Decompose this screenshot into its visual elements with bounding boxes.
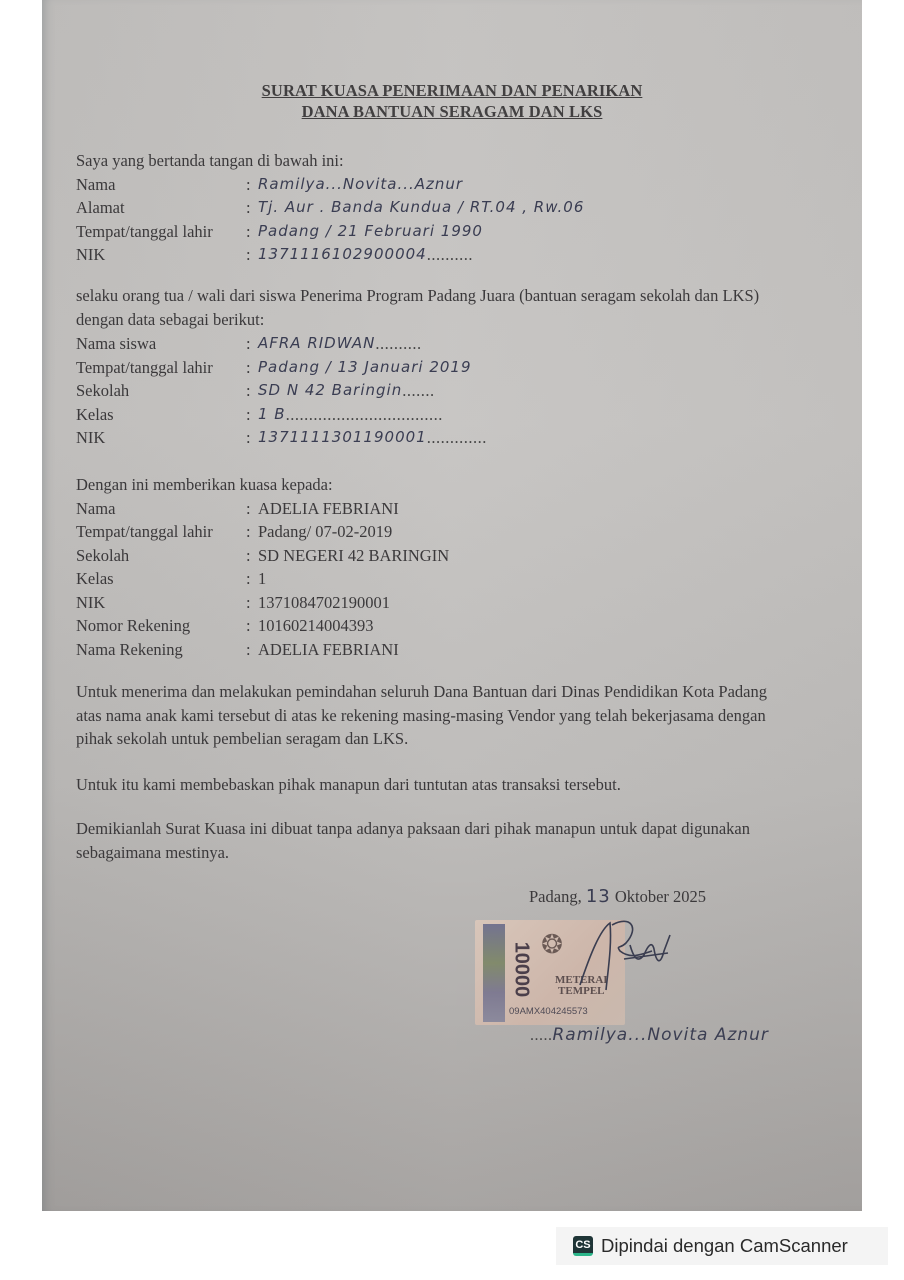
grantor-nik-value: 1371116102900004 xyxy=(258,243,427,267)
student-field: Sekolah:SD N 42 Baringin....... xyxy=(76,379,487,403)
place-date: Padang, 13 Oktober 2025 xyxy=(529,886,706,907)
field-label: Tempat/tanggal lahir xyxy=(76,356,246,380)
title-line-2: DANA BANTUAN SERAGAM DAN LKS xyxy=(42,101,862,122)
grantee-section: Dengan ini memberikan kuasa kepada: Nama… xyxy=(76,473,449,661)
field-label: Tempat/tanggal lahir xyxy=(76,520,246,544)
student-field: Tempat/tanggal lahir:Padang / 13 Januari… xyxy=(76,356,487,380)
stamp-value: 10000 xyxy=(509,942,532,998)
student-nik-value: 1371111301190001 xyxy=(258,426,427,450)
title-line-1: SURAT KUASA PENERIMAAN DAN PENARIKAN xyxy=(42,80,862,101)
grantor-field: Alamat:Tj. Aur . Banda Kundua / RT.04 , … xyxy=(76,196,584,220)
document-title: SURAT KUASA PENERIMAAN DAN PENARIKAN DAN… xyxy=(42,80,862,122)
grantor-address-value: Tj. Aur . Banda Kundua / RT.04 , Rw.06 xyxy=(258,196,584,220)
field-label: NIK xyxy=(76,591,246,615)
field-label: NIK xyxy=(76,426,246,450)
grantee-intro: Dengan ini memberikan kuasa kepada: xyxy=(76,473,449,497)
field-label: Nomor Rekening xyxy=(76,614,246,638)
grantee-account-name-value: ADELIA FEBRIANI xyxy=(258,638,399,662)
hologram-strip xyxy=(483,924,505,1022)
grantee-field: Nomor Rekening:10160214004393 xyxy=(76,614,449,638)
grantee-birth-value: Padang/ 07-02-2019 xyxy=(258,520,392,544)
grantee-class-value: 1 xyxy=(258,567,266,591)
grantee-name-value: ADELIA FEBRIANI xyxy=(258,497,399,521)
grantor-field: Tempat/tanggal lahir:Padang / 21 Februar… xyxy=(76,220,584,244)
grantee-field: Kelas:1 xyxy=(76,567,449,591)
student-section: Nama siswa:AFRA RIDWAN.......... Tempat/… xyxy=(76,332,487,450)
camscanner-watermark: CS Dipindai dengan CamScanner xyxy=(556,1227,888,1265)
grantor-section: Saya yang bertanda tangan di bawah ini: … xyxy=(76,149,584,267)
field-label: Sekolah xyxy=(76,544,246,568)
grantee-field: Nama:ADELIA FEBRIANI xyxy=(76,497,449,521)
grantee-field: Tempat/tanggal lahir:Padang/ 07-02-2019 xyxy=(76,520,449,544)
field-label: Nama siswa xyxy=(76,332,246,356)
grantee-field: NIK:1371084702190001 xyxy=(76,591,449,615)
student-field: Kelas:1 B...............................… xyxy=(76,403,487,427)
place-text: Padang, xyxy=(529,887,582,906)
stamp-serial: 09AMX404245573 xyxy=(509,1006,588,1017)
signer-name: Ramilya...Novita Aznur xyxy=(553,1025,769,1045)
grantee-nik-value: 1371084702190001 xyxy=(258,591,390,615)
field-label: Sekolah xyxy=(76,379,246,403)
student-class-value: 1 B xyxy=(258,403,286,427)
student-field: NIK:1371111301190001............. xyxy=(76,426,487,450)
grantee-account-number-value: 10160214004393 xyxy=(258,614,374,638)
paragraph-closing: Demikianlah Surat Kuasa ini dibuat tanpa… xyxy=(76,817,766,864)
intro-line: Saya yang bertanda tangan di bawah ini: xyxy=(76,149,584,173)
grantee-field: Sekolah:SD NEGERI 42 BARINGIN xyxy=(76,544,449,568)
student-birth-value: Padang / 13 Januari 2019 xyxy=(258,356,472,380)
month-year-text: Oktober 2025 xyxy=(615,887,706,906)
signer-name-line: .....Ramilya...Novita Aznur xyxy=(530,1025,769,1045)
grantor-name-value: Ramilya...Novita...Aznur xyxy=(258,173,463,197)
field-label: Alamat xyxy=(76,196,246,220)
field-label: Nama xyxy=(76,173,246,197)
signature-icon xyxy=(560,915,680,995)
field-label: Nama xyxy=(76,497,246,521)
paragraph-release: Untuk itu kami membebaskan pihak manapun… xyxy=(76,773,776,797)
grantor-field: NIK:1371116102900004.......... xyxy=(76,243,584,267)
field-label: Tempat/tanggal lahir xyxy=(76,220,246,244)
student-name-value: AFRA RIDWAN xyxy=(258,332,375,356)
intro-text: Saya yang bertanda tangan di bawah ini: xyxy=(76,149,344,173)
day-value: 13 xyxy=(586,886,611,907)
field-label: Kelas xyxy=(76,567,246,591)
paragraph-purpose: Untuk menerima dan melakukan pemindahan … xyxy=(76,680,776,751)
field-label: Kelas xyxy=(76,403,246,427)
field-label: NIK xyxy=(76,243,246,267)
student-school-value: SD N 42 Baringin xyxy=(258,379,402,403)
student-field: Nama siswa:AFRA RIDWAN.......... xyxy=(76,332,487,356)
camscanner-logo-icon: CS xyxy=(573,1236,593,1256)
grantee-school-value: SD NEGERI 42 BARINGIN xyxy=(258,544,449,568)
watermark-text: Dipindai dengan CamScanner xyxy=(601,1235,848,1257)
grantor-birth-value: Padang / 21 Februari 1990 xyxy=(258,220,483,244)
grantee-field: Nama Rekening:ADELIA FEBRIANI xyxy=(76,638,449,662)
field-label: Nama Rekening xyxy=(76,638,246,662)
grantor-field: Nama:Ramilya...Novita...Aznur xyxy=(76,173,584,197)
grantee-intro-text: Dengan ini memberikan kuasa kepada: xyxy=(76,473,333,497)
student-intro: selaku orang tua / wali dari siswa Pener… xyxy=(76,284,776,331)
